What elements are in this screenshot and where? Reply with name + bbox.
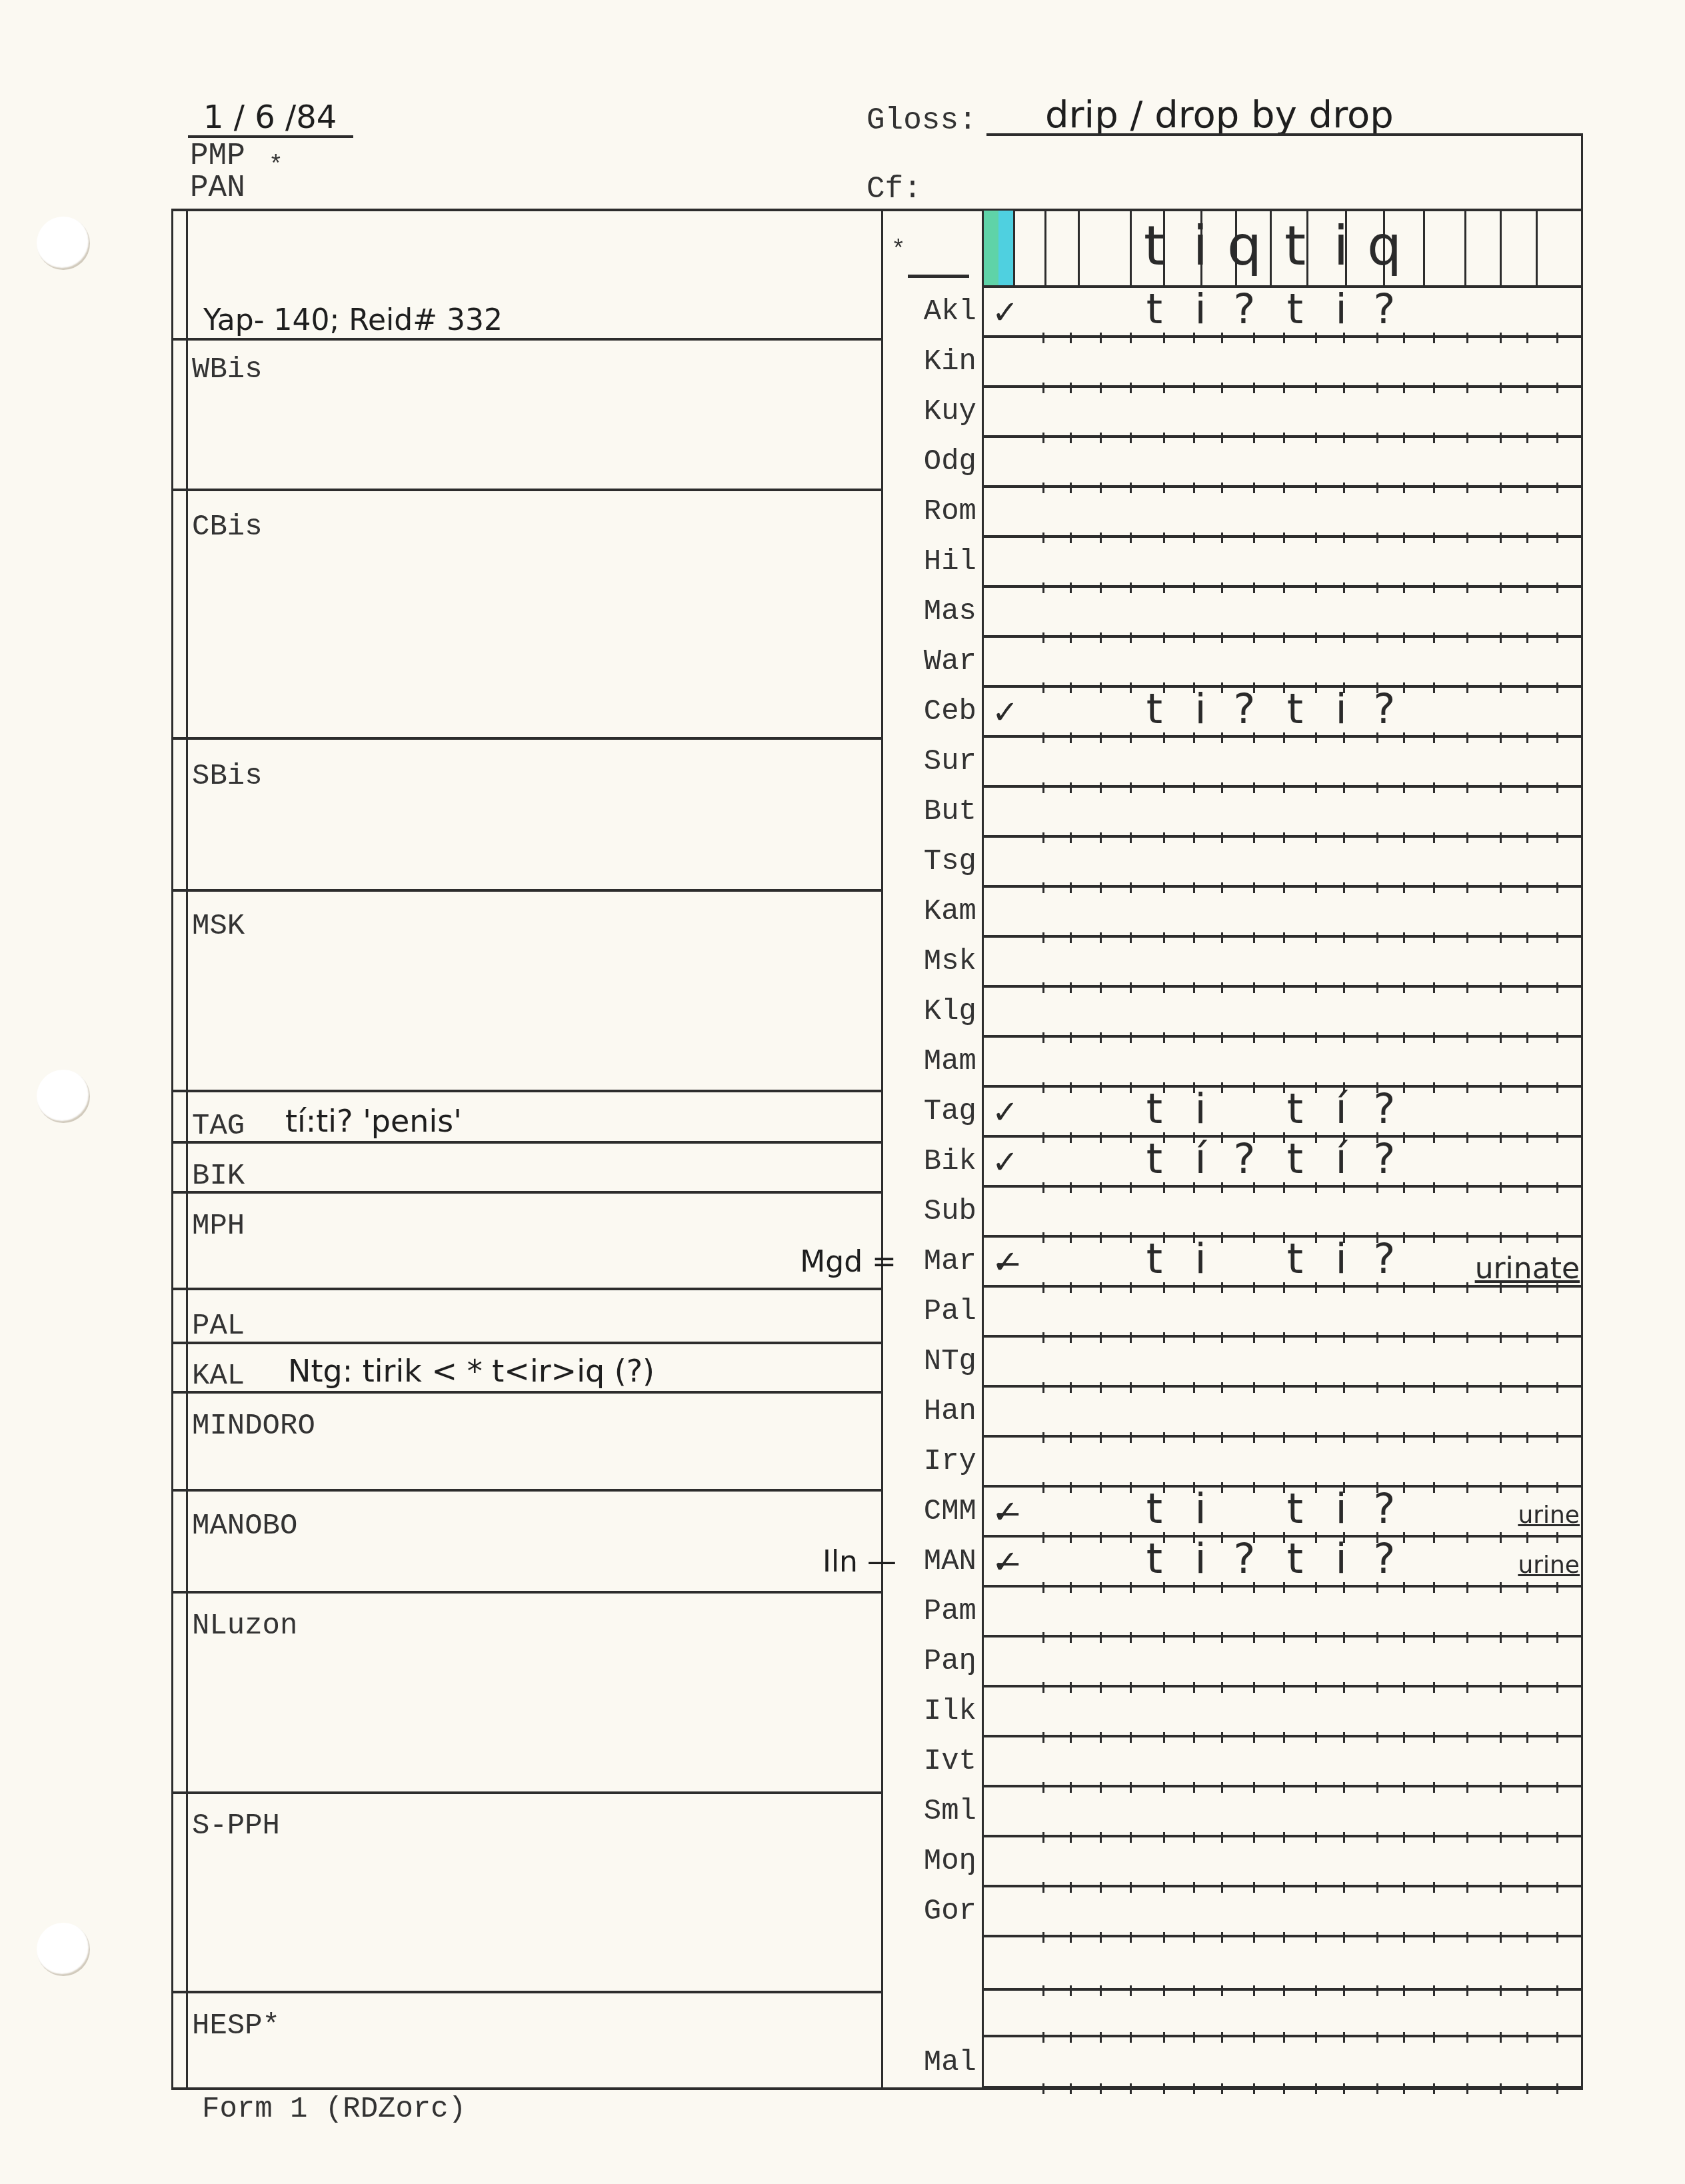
language-row-line: [982, 1385, 1583, 1388]
reconstruction-column-line: [1464, 211, 1466, 287]
grid-tick: [1193, 1932, 1195, 1943]
grid-tick: [1556, 982, 1558, 993]
grid-tick: [1163, 1632, 1165, 1643]
grid-tick: [1526, 1932, 1528, 1943]
grid-tick: [1556, 1985, 1558, 1996]
grid-tick: [1556, 1582, 1558, 1593]
grid-tick: [1315, 1782, 1317, 1793]
grid-tick: [1283, 782, 1285, 793]
date: 1 / 6 /84: [203, 99, 337, 136]
grid-tick: [1500, 1532, 1502, 1543]
grid-tick: [1403, 1932, 1405, 1943]
section-divider: [171, 1288, 883, 1290]
grid-tick: [1070, 533, 1072, 543]
grid-tick: [1526, 1432, 1528, 1443]
grid-tick: [1526, 1132, 1528, 1143]
grid-tick: [1500, 1382, 1502, 1393]
grid-tick: [1343, 433, 1345, 443]
language-row-line: [982, 1735, 1583, 1737]
grid-right-border: [1581, 209, 1583, 2089]
language-row-line: [982, 1635, 1583, 1638]
grid-tick: [1433, 383, 1435, 393]
cognate-check-icon[interactable]: ✓: [992, 1144, 1018, 1181]
language-code: Sml: [890, 1795, 976, 1828]
grid-tick: [1526, 1882, 1528, 1893]
grid-tick: [1343, 1282, 1345, 1293]
language-code: Odg: [890, 445, 976, 479]
reflex-segment: t: [1272, 285, 1318, 333]
grid-tick: [1253, 732, 1255, 743]
grid-tick: [1283, 1932, 1285, 1943]
grid-tick: [1403, 1832, 1405, 1843]
reflex-segment: ?: [1221, 285, 1268, 333]
section-divider: [171, 1141, 883, 1144]
grid-tick: [1100, 1682, 1102, 1693]
grid-tick: [1500, 1482, 1502, 1493]
grid-tick: [1433, 2083, 1435, 2094]
language-row-line: [982, 1935, 1583, 1937]
grid-tick: [1283, 582, 1285, 593]
grid-tick: [1376, 1382, 1378, 1393]
reflex-segment: i: [1318, 1484, 1364, 1533]
grid-tick: [1193, 732, 1195, 743]
section-sbis: SBis: [192, 760, 263, 793]
grid-tick: [1315, 2083, 1317, 2094]
grid-tick: [1315, 832, 1317, 843]
grid-tick: [1526, 782, 1528, 793]
grid-tick: [1343, 1182, 1345, 1193]
section-divider: [171, 1391, 883, 1394]
language-code: Tsg: [890, 845, 976, 878]
section-pal: PAL: [192, 1310, 245, 1343]
reconstruction-blank: [908, 275, 969, 278]
cognate-check-icon[interactable]: ✓̶: [992, 1544, 1018, 1581]
grid-tick: [1526, 1232, 1528, 1243]
grid-tick: [1042, 2083, 1044, 2094]
grid-tick: [1376, 2083, 1378, 2094]
reflex-gloss-note: urinate: [1475, 1252, 1580, 1286]
grid-tick: [1130, 582, 1132, 593]
grid-tick: [1376, 1932, 1378, 1943]
gloss-value[interactable]: drip / drop by drop: [1045, 93, 1394, 137]
grid-tick: [1343, 1782, 1345, 1793]
grid-tick: [1100, 1985, 1102, 1996]
grid-tick: [1403, 1282, 1405, 1293]
grid-tick: [1343, 1732, 1345, 1743]
grid-tick: [1376, 1582, 1378, 1593]
grid-tick: [1100, 433, 1102, 443]
grid-tick: [1130, 932, 1132, 943]
reflex-segment: ?: [1361, 1134, 1408, 1183]
marginal-annotation: Mgd =: [800, 1245, 896, 1279]
grid-tick: [1163, 632, 1165, 643]
language-code: Ceb: [890, 695, 976, 728]
grid-tick: [1283, 1582, 1285, 1593]
grid-tick: [1070, 1182, 1072, 1193]
grid-tick: [1343, 832, 1345, 843]
language-code: MAN: [890, 1545, 976, 1578]
grid-tick: [1466, 582, 1468, 593]
reconstruction-column-line: [1044, 211, 1046, 287]
grid-tick: [1100, 682, 1102, 693]
section-divider: [171, 1991, 883, 1993]
grid-tick: [1315, 333, 1317, 343]
grid-tick: [1526, 1832, 1528, 1843]
grid-tick: [1130, 982, 1132, 993]
grid-tick: [1193, 433, 1195, 443]
section-tag: TAG: [192, 1110, 245, 1143]
grid-tick: [1500, 1032, 1502, 1043]
grid-tick: [1070, 383, 1072, 393]
reflex-segment: ?: [1221, 1534, 1268, 1583]
grid-tick: [1376, 1282, 1378, 1293]
grid-tick: [1500, 1732, 1502, 1743]
language-row-line: [982, 635, 1583, 638]
cognate-check-icon[interactable]: ✓: [992, 694, 1018, 731]
grid-tick: [1163, 1182, 1165, 1193]
grid-tick: [1100, 1532, 1102, 1543]
section-divider: [171, 1191, 883, 1194]
grid-tick: [1556, 1932, 1558, 1943]
grid-tick: [1253, 333, 1255, 343]
reflex-segment: ?: [1361, 1234, 1408, 1283]
grid-tick: [1526, 882, 1528, 893]
grid-tick: [1403, 1432, 1405, 1443]
grid-tick: [1283, 1985, 1285, 1996]
reflex-segment: ?: [1361, 285, 1408, 333]
cognate-check-icon[interactable]: ✓̶: [992, 1494, 1018, 1531]
language-code: Paŋ: [890, 1645, 976, 1678]
proto-label-pmp: PMP: [190, 139, 245, 173]
language-code: Iry: [890, 1445, 976, 1478]
top-rule: [171, 209, 1583, 211]
grid-tick: [1466, 1682, 1468, 1693]
grid-tick: [1221, 1182, 1223, 1193]
grid-tick: [1070, 982, 1072, 993]
grid-tick: [1466, 682, 1468, 693]
grid-tick: [1526, 1332, 1528, 1343]
grid-tick: [1403, 632, 1405, 643]
grid-tick: [1193, 533, 1195, 543]
grid-tick: [1556, 782, 1558, 793]
grid-tick: [1315, 1382, 1317, 1393]
section-divider: [171, 1591, 883, 1594]
grid-tick: [1376, 732, 1378, 743]
grid-tick: [1221, 1682, 1223, 1693]
section-divider: [171, 889, 883, 892]
reconstruction-segment: i: [1318, 215, 1364, 278]
grid-tick: [1315, 1632, 1317, 1643]
grid-tick: [1556, 1132, 1558, 1143]
grid-tick: [1070, 732, 1072, 743]
grid-tick: [1315, 1332, 1317, 1343]
grid-tick: [1376, 433, 1378, 443]
section-mph: MPH: [192, 1210, 245, 1243]
grid-tick: [1070, 932, 1072, 943]
grid-tick: [1466, 1832, 1468, 1843]
grid-tick: [1221, 1632, 1223, 1643]
language-code: Pal: [890, 1295, 976, 1328]
grid-tick: [1042, 1782, 1044, 1793]
reflex-segment: t: [1131, 1234, 1178, 1283]
grid-tick: [1042, 982, 1044, 993]
language-code: Kam: [890, 895, 976, 928]
cognate-check-icon[interactable]: ✓̶: [992, 1244, 1018, 1281]
grid-tick: [1526, 582, 1528, 593]
grid-tick: [1221, 1782, 1223, 1793]
grid-tick: [1500, 1332, 1502, 1343]
section-hesp: HESP*: [192, 2009, 280, 2043]
grid-tick: [1193, 2083, 1195, 2094]
grid-tick: [1042, 1182, 1044, 1193]
grid-tick: [1466, 982, 1468, 993]
grid-tick: [1433, 932, 1435, 943]
grid-tick: [1315, 782, 1317, 793]
language-code: Akl: [890, 295, 976, 329]
grid-tick: [1070, 333, 1072, 343]
grid-tick: [1042, 1282, 1044, 1293]
grid-tick: [1100, 932, 1102, 943]
cf-label: Cf:: [866, 172, 922, 207]
grid-tick: [1466, 732, 1468, 743]
grid-tick: [1403, 1182, 1405, 1193]
grid-tick: [1433, 1632, 1435, 1643]
reflex-segment: i: [1177, 1084, 1224, 1133]
grid-tick: [1500, 483, 1502, 493]
grid-tick: [1556, 1432, 1558, 1443]
grid-tick: [1163, 2083, 1165, 2094]
reflex-segment: t: [1131, 1134, 1178, 1183]
grid-tick: [1500, 882, 1502, 893]
reflex-segment: ?: [1361, 1084, 1408, 1133]
grid-tick: [1283, 383, 1285, 393]
grid-tick: [1283, 882, 1285, 893]
language-row-line: [982, 885, 1583, 888]
grid-tick: [1343, 1032, 1345, 1043]
language-code: Moŋ: [890, 1845, 976, 1878]
reflex-segment: í: [1318, 1084, 1364, 1133]
grid-tick: [1343, 582, 1345, 593]
grid-tick: [1042, 932, 1044, 943]
grid-tick: [1130, 1932, 1132, 1943]
grid-tick: [1130, 1382, 1132, 1393]
grid-tick: [1433, 1732, 1435, 1743]
grid-tick: [1130, 1432, 1132, 1443]
grid-tick: [1283, 2032, 1285, 2043]
grid-tick: [1526, 682, 1528, 693]
grid-tick: [1163, 782, 1165, 793]
grid-tick: [1315, 1985, 1317, 1996]
grid-tick: [1500, 1832, 1502, 1843]
grid-tick: [1070, 1732, 1072, 1743]
grid-tick: [1403, 832, 1405, 843]
grid-tick: [1070, 1832, 1072, 1843]
language-row-line: [982, 1988, 1583, 1991]
grid-tick: [1526, 1532, 1528, 1543]
grid-tick: [1042, 1032, 1044, 1043]
grid-tick: [1556, 2032, 1558, 2043]
grid-tick: [1466, 782, 1468, 793]
language-row-line: [982, 1685, 1583, 1687]
section-divider: [171, 1791, 883, 1794]
grid-tick: [1466, 1132, 1468, 1143]
grid-tick: [1163, 333, 1165, 343]
grid-tick: [1130, 1332, 1132, 1343]
grid-tick: [1283, 1832, 1285, 1843]
grid-tick: [1221, 982, 1223, 993]
grid-tick: [1193, 383, 1195, 393]
grid-tick: [1376, 1432, 1378, 1443]
grid-tick: [1466, 2032, 1468, 2043]
grid-tick: [1376, 483, 1378, 493]
reconstruction-segment: t: [1131, 215, 1178, 278]
grid-tick: [1253, 882, 1255, 893]
grid-tick: [1466, 1582, 1468, 1593]
grid-tick: [1315, 932, 1317, 943]
grid-tick: [1283, 433, 1285, 443]
grid-tick: [1526, 732, 1528, 743]
grid-tick: [1100, 1132, 1102, 1143]
gloss-underline: [986, 133, 1583, 136]
grid-tick: [1070, 2083, 1072, 2094]
grid-tick: [1433, 582, 1435, 593]
grid-tick: [1403, 383, 1405, 393]
grid-tick: [1130, 533, 1132, 543]
grid-tick: [1343, 632, 1345, 643]
grid-tick: [1221, 1882, 1223, 1893]
grid-tick: [1433, 533, 1435, 543]
grid-tick: [1221, 533, 1223, 543]
reflex-segment: í: [1177, 1134, 1224, 1183]
grid-tick: [1042, 782, 1044, 793]
grid-tick: [1556, 682, 1558, 693]
grid-tick: [1253, 1382, 1255, 1393]
grid-tick: [1343, 2083, 1345, 2094]
grid-tick: [1100, 832, 1102, 843]
grid-tick: [1070, 782, 1072, 793]
grid-tick: [1221, 1985, 1223, 1996]
reflex-segment: i: [1318, 1534, 1364, 1583]
grid-tick: [1070, 483, 1072, 493]
grid-tick: [1433, 483, 1435, 493]
grid-tick: [1100, 732, 1102, 743]
grid-tick: [1163, 1932, 1165, 1943]
grid-tick: [1163, 1432, 1165, 1443]
grid-tick: [1130, 1985, 1132, 1996]
grid-tick: [1221, 1932, 1223, 1943]
grid-tick: [1193, 1282, 1195, 1293]
grid-tick: [1526, 2032, 1528, 2043]
grid-tick: [1221, 1432, 1223, 1443]
grid-tick: [1500, 2032, 1502, 2043]
grid-tick: [1253, 832, 1255, 843]
grid-tick: [1042, 533, 1044, 543]
grid-tick: [1403, 483, 1405, 493]
language-code: Sur: [890, 745, 976, 778]
grid-tick: [1315, 483, 1317, 493]
grid-tick: [1193, 1382, 1195, 1393]
grid-tick: [1315, 1832, 1317, 1843]
cognate-check-icon[interactable]: ✓: [992, 1094, 1018, 1131]
grid-tick: [1556, 1332, 1558, 1343]
language-code: Mam: [890, 1045, 976, 1078]
grid-tick: [1315, 982, 1317, 993]
cognate-check-icon[interactable]: ✓: [992, 294, 1018, 331]
grid-tick: [1376, 1985, 1378, 1996]
grid-tick: [1070, 1332, 1072, 1343]
grid-tick: [1283, 1732, 1285, 1743]
grid-tick: [1253, 1032, 1255, 1043]
grid-tick: [1433, 333, 1435, 343]
grid-tick: [1163, 1332, 1165, 1343]
grid-tick: [1556, 1482, 1558, 1493]
language-row-line: [982, 485, 1583, 488]
grid-tick: [1433, 1332, 1435, 1343]
grid-tick: [1466, 882, 1468, 893]
grid-tick: [1500, 1132, 1502, 1143]
grid-tick: [1556, 1682, 1558, 1693]
reflex-segment: i: [1177, 285, 1224, 333]
grid-tick: [1343, 1632, 1345, 1643]
grid-tick: [1376, 2032, 1378, 2043]
section-divider: [171, 1342, 883, 1344]
grid-tick: [1556, 732, 1558, 743]
grid-tick: [1100, 1232, 1102, 1243]
grid-tick: [1466, 1282, 1468, 1293]
grid-tick: [1221, 483, 1223, 493]
language-code: Hil: [890, 545, 976, 578]
section-tag-note: tí:ti? 'penis': [285, 1103, 462, 1139]
grid-tick: [1500, 1932, 1502, 1943]
grid-tick: [1163, 732, 1165, 743]
grid-tick: [1433, 982, 1435, 993]
grid-tick: [1221, 1332, 1223, 1343]
grid-tick: [1466, 1332, 1468, 1343]
grid-tick: [1500, 433, 1502, 443]
language-code: Bik: [890, 1145, 976, 1178]
grid-tick: [1253, 1482, 1255, 1493]
grid-tick: [1042, 1582, 1044, 1593]
grid-tick: [1315, 1032, 1317, 1043]
grid-tick: [1283, 1382, 1285, 1393]
grid-tick: [1163, 383, 1165, 393]
grid-tick: [1253, 782, 1255, 793]
highlight-cyan: [998, 211, 1013, 285]
reconstruction-star: *: [891, 237, 906, 264]
language-code: Gor: [890, 1895, 976, 1928]
marginal-annotation: Iln —: [823, 1545, 896, 1579]
reflex-segment: í: [1318, 1134, 1364, 1183]
grid-tick: [1070, 1432, 1072, 1443]
grid-tick: [1100, 1332, 1102, 1343]
grid-tick: [1163, 1782, 1165, 1793]
grid-tick: [1221, 732, 1223, 743]
grid-tick: [1466, 1382, 1468, 1393]
grid-tick: [1163, 1032, 1165, 1043]
grid-tick: [1193, 1182, 1195, 1193]
grid-tick: [1070, 1032, 1072, 1043]
grid-tick: [1070, 433, 1072, 443]
language-code: Han: [890, 1395, 976, 1428]
grid-tick: [1343, 333, 1345, 343]
grid-tick: [1283, 1882, 1285, 1893]
grid-tick: [1100, 1732, 1102, 1743]
grid-tick: [1433, 1782, 1435, 1793]
grid-tick: [1403, 1382, 1405, 1393]
grid-tick: [1376, 1732, 1378, 1743]
punch-hole: [37, 1070, 90, 1123]
grid-tick: [1193, 333, 1195, 343]
